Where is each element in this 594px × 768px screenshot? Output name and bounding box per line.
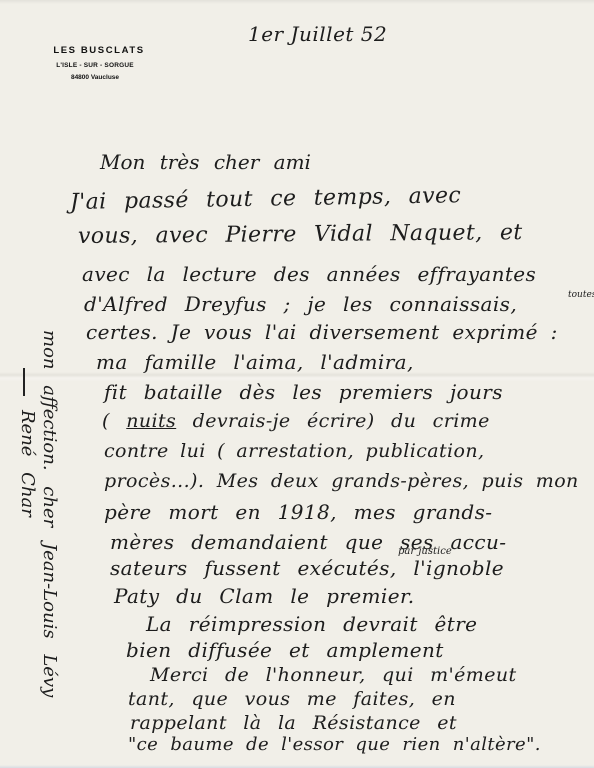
body-line-10: procès...). Mes deux grands-pères, puis … bbox=[104, 470, 579, 492]
letter-date: 1er Juillet 52 bbox=[248, 22, 387, 46]
margin-note-affection: mon affection. cher Jean-Louis Lévy bbox=[39, 330, 60, 697]
body-line-4: d'Alfred Dreyfus ; je les connaissais, bbox=[84, 292, 517, 316]
body-line-9: contre lui ( arrestation, publication, bbox=[104, 440, 484, 462]
body-line-17: Merci de l'honneur, qui m'émeut bbox=[150, 664, 517, 686]
letter-page: LES BUSCLATS L'ISLE - SUR - SORGUE 84800… bbox=[0, 0, 594, 768]
body-line-14: Paty du Clam le premier. bbox=[114, 584, 414, 608]
body-line-7: fit bataille dès les premiers jours bbox=[104, 380, 503, 404]
body-line-16: bien diffusée et amplement bbox=[126, 638, 444, 662]
body-line-2: vous, avec Pierre Vidal Naquet, et bbox=[78, 220, 523, 249]
body-line-1: J'ai passé tout ce temps, avec bbox=[70, 183, 462, 215]
body-line-15: La réimpression devrait être bbox=[146, 612, 477, 636]
insertion-toutes-ces: toutes ces bbox=[568, 290, 594, 300]
salutation: Mon très cher ami bbox=[100, 150, 311, 174]
letterhead-name: LES BUSCLATS bbox=[48, 45, 150, 56]
letterhead-town: L'ISLE - SUR - SORGUE bbox=[40, 62, 150, 69]
body-line-18: tant, que vous me faites, en bbox=[128, 688, 456, 710]
underlined-nuits: nuits bbox=[126, 410, 176, 432]
body-line-20: "ce baume de l'essor que rien n'altère". bbox=[128, 734, 541, 755]
body-line-11: père mort en 1918, mes grands- bbox=[104, 500, 492, 524]
margin-dash bbox=[23, 368, 25, 396]
letterhead: LES BUSCLATS L'ISLE - SUR - SORGUE 84800… bbox=[40, 45, 150, 81]
body-line-13: sateurs fussent exécutés, l'ignoble bbox=[110, 556, 504, 580]
body-line-8: ( nuits devrais-je écrire) du crime bbox=[102, 410, 490, 432]
body-line-19: rappelant là la Résistance et bbox=[130, 712, 457, 734]
margin-signature: René Char bbox=[17, 410, 38, 517]
letterhead-postal: 84800 Vaucluse bbox=[40, 74, 150, 81]
body-line-6: ma famille l'aima, l'admira, bbox=[96, 350, 414, 374]
body-line-3: avec la lecture des années effrayantes bbox=[82, 262, 536, 286]
body-line-5: certes. Je vous l'ai diversement exprimé… bbox=[86, 320, 558, 344]
